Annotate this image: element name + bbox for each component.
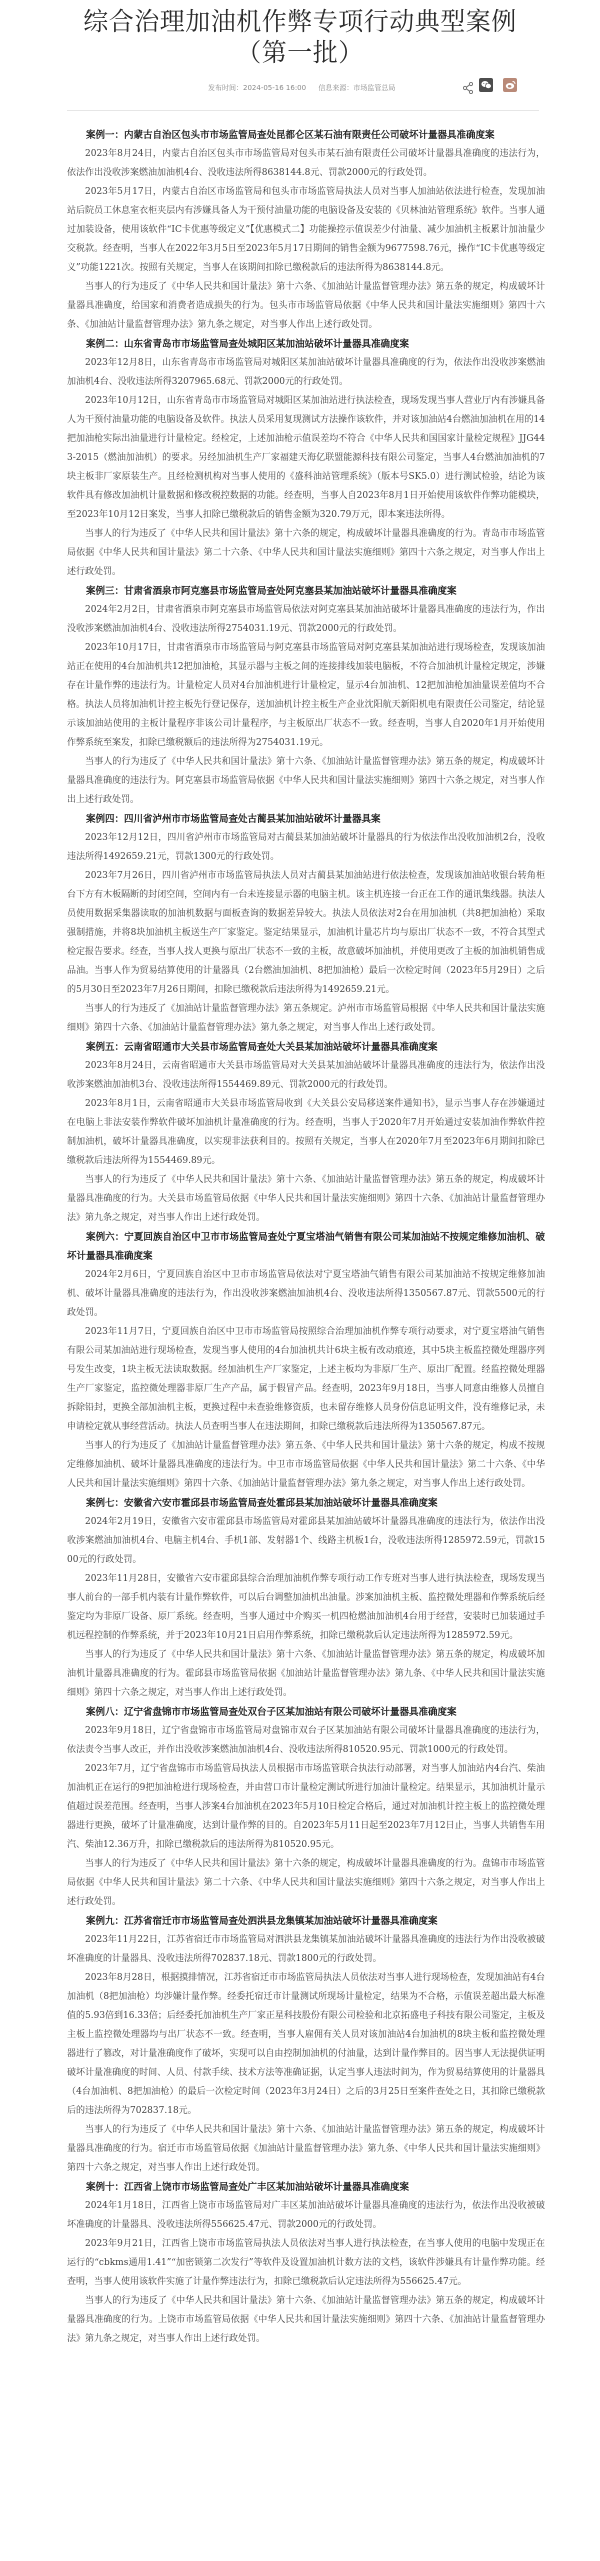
- case-paragraph: 当事人的行为违反了《加油站计量监督管理办法》第五条规定。泸州市市场监管局根据《中…: [67, 1000, 545, 1038]
- case-paragraph: 当事人的行为违反了《中华人民共和国计量法》第十六条、《加油站计量监督管理办法》第…: [67, 753, 545, 810]
- case-paragraph: 2023年8月1日，云南省昭通市大关县市场监管局收到《大关县公安局移送案件通知书…: [67, 1095, 545, 1171]
- article-meta: 发布时间：2024-05-16 16:00 信息来源：市场监管总局: [0, 74, 600, 104]
- case-paragraph: 当事人的行为违反了《中华人民共和国计量法》第十六条、《加油站计量监督管理办法》第…: [67, 2121, 545, 2178]
- case-paragraph: 2023年10月17日，甘肃省酒泉市市场监管局与阿克塞县市场监管局对阿克塞县某加…: [67, 639, 545, 753]
- article-body: 案例一：内蒙古自治区包头市市场监管局查处昆都仑区某石油有限责任公司破坏计量器具准…: [67, 126, 545, 2349]
- case-title: 案例五：云南省昭通市大关县市场监管局查处大关县某加油站破坏计量器具准确度案: [67, 1038, 545, 1057]
- case-paragraph: 当事人的行为违反了《中华人民共和国计量法》第十六条的规定，构成破坏计量器具准确度…: [67, 1855, 545, 1912]
- case-paragraph: 2023年7月，辽宁省盘锦市市场监管局执法人员根据市市场监管联合执法行动部署，对…: [67, 1760, 545, 1855]
- case-title: 案例九：江苏省宿迁市市场监管局查处泗洪县龙集镇某加油站破坏计量器具准确度案: [67, 1912, 545, 1931]
- case-title: 案例三：甘肃省酒泉市阿克塞县市场监管局查处阿克塞县某加油站破坏计量器具准确度案: [67, 582, 545, 601]
- publish-time: 发布时间：2024-05-16 16:00: [208, 84, 306, 92]
- case-paragraph: 2023年12月12日，四川省泸州市市场监管局对古蔺县某加油站破坏计量器具的行为…: [67, 829, 545, 867]
- case-paragraph: 2023年11月7日，宁夏回族自治区中卫市市场监管局按照综合治理加油机作弊专项行…: [67, 1323, 545, 1437]
- info-source: 信息来源：市场监管总局: [318, 84, 395, 92]
- case-title: 案例六：宁夏回族自治区中卫市市场监管局查处宁夏宝塔油气销售有限公司某加油站不按规…: [67, 1228, 545, 1266]
- case-title: 案例四：四川省泸州市市场监管局查处古蔺县某加油站破坏计量器具案: [67, 810, 545, 829]
- case-title: 案例八：辽宁省盘锦市市场监管局查处双台子区某加油站有限公司破坏计量器具准确度案: [67, 1703, 545, 1722]
- case-paragraph: 当事人的行为违反了《中华人民共和国计量法》第十六条、《加油站计量监督管理办法》第…: [67, 1646, 545, 1703]
- weibo-icon[interactable]: [503, 78, 517, 92]
- case-paragraph: 2023年5月17日，内蒙古自治区市场监管局和包头市市场监管局执法人员对当事人加…: [67, 183, 545, 278]
- meta-info: 发布时间：2024-05-16 16:00 信息来源：市场监管总局: [208, 83, 405, 93]
- case-paragraph: 2023年8月24日，内蒙古自治区包头市市场监管局对包头市某石油有限责任公司破坏…: [67, 145, 545, 183]
- case-title: 案例一：内蒙古自治区包头市市场监管局查处昆都仑区某石油有限责任公司破坏计量器具准…: [67, 126, 545, 145]
- article-page: 综合治理加油机作弊专项行动典型案例 （第一批） 发布时间：2024-05-16 …: [0, 0, 600, 104]
- case-paragraph: 2024年2月6日，宁夏回族自治区中卫市市场监管局依法对宁夏宝塔油气销售有限公司…: [67, 1266, 545, 1323]
- case-title: 案例二：山东省青岛市市场监管局查处城阳区某加油站破坏计量器具准确度案: [67, 335, 545, 354]
- case-paragraph: 2024年2月19日，安徽省六安市霍邱县市场监管局对霍邱县某加油站破坏计量器具准…: [67, 1513, 545, 1570]
- case-paragraph: 2023年8月28日，根据摸排情况，江苏省宿迁市市场监管局执法人员依法对当事人进…: [67, 1969, 545, 2121]
- case-title: 案例十：江西省上饶市市场监管局查处广丰区某加油站破坏计量器具准确度案: [67, 2178, 545, 2197]
- case-paragraph: 2023年11月28日，安徽省六安市霍邱县综合治理加油机作弊专项行动工作专班对当…: [67, 1570, 545, 1646]
- header-divider: [67, 110, 539, 111]
- case-paragraph: 2023年9月21日，江西省上饶市市场监管局执法人员依法对当事人进行执法检查，在…: [67, 2235, 545, 2292]
- case-paragraph: 当事人的行为违反了《中华人民共和国计量法》第十六条、《加油站计量监督管理办法》第…: [67, 278, 545, 335]
- case-paragraph: 2023年7月26日，四川省泸州市市场监管局执法人员对古蔺县某加油站进行依法检查…: [67, 867, 545, 1000]
- case-paragraph: 2023年9月18日，辽宁省盘锦市市场监管局对盘锦市双台子区某加油站有限公司破坏…: [67, 1722, 545, 1760]
- case-paragraph: 当事人的行为违反了《中华人民共和国计量法》第十六条、《加油站计量监督管理办法》第…: [67, 2292, 545, 2349]
- title-line-2: （第一批）: [0, 37, 600, 68]
- case-paragraph: 2023年12月8日，山东省青岛市市场监管局对城阳区某加油站破坏计量器具准确度的…: [67, 354, 545, 392]
- share-bar: [463, 78, 517, 92]
- case-paragraph: 2023年10月12日，山东省青岛市市场监管局对城阳区某加油站进行执法检查，现场…: [67, 392, 545, 525]
- article-title: 综合治理加油机作弊专项行动典型案例 （第一批）: [0, 0, 600, 68]
- case-title: 案例七：安徽省六安市霍邱县市场监管局查处霍邱县某加油站破坏计量器具准确度案: [67, 1494, 545, 1513]
- case-paragraph: 2024年2月2日，甘肃省酒泉市阿克塞县市场监管局依法对阿克塞县某加油站破坏计量…: [67, 601, 545, 639]
- share-icon[interactable]: [463, 79, 473, 91]
- case-paragraph: 2024年1月18日，江西省上饶市市场监管局对广丰区某加油站破坏计量器具准确度的…: [67, 2197, 545, 2235]
- case-paragraph: 当事人的行为违反了《中华人民共和国计量法》第十六条、《加油站计量监督管理办法》第…: [67, 1171, 545, 1228]
- case-paragraph: 当事人的行为违反了《中华人民共和国计量法》第十六条的规定，构成破坏计量器具准确度…: [67, 525, 545, 582]
- title-line-1: 综合治理加油机作弊专项行动典型案例: [0, 6, 600, 37]
- wechat-icon[interactable]: [479, 78, 493, 92]
- case-paragraph: 2023年11月22日，江苏省宿迁市市场监管局对泗洪县龙集镇某加油站破坏计量器具…: [67, 1931, 545, 1969]
- case-paragraph: 当事人的行为违反了《加油站计量监督管理办法》第五条、《中华人民共和国计量法》第十…: [67, 1437, 545, 1494]
- case-paragraph: 2023年8月24日，云南省昭通市大关县市场监管局对大关县某加油站破坏计量器具准…: [67, 1057, 545, 1095]
